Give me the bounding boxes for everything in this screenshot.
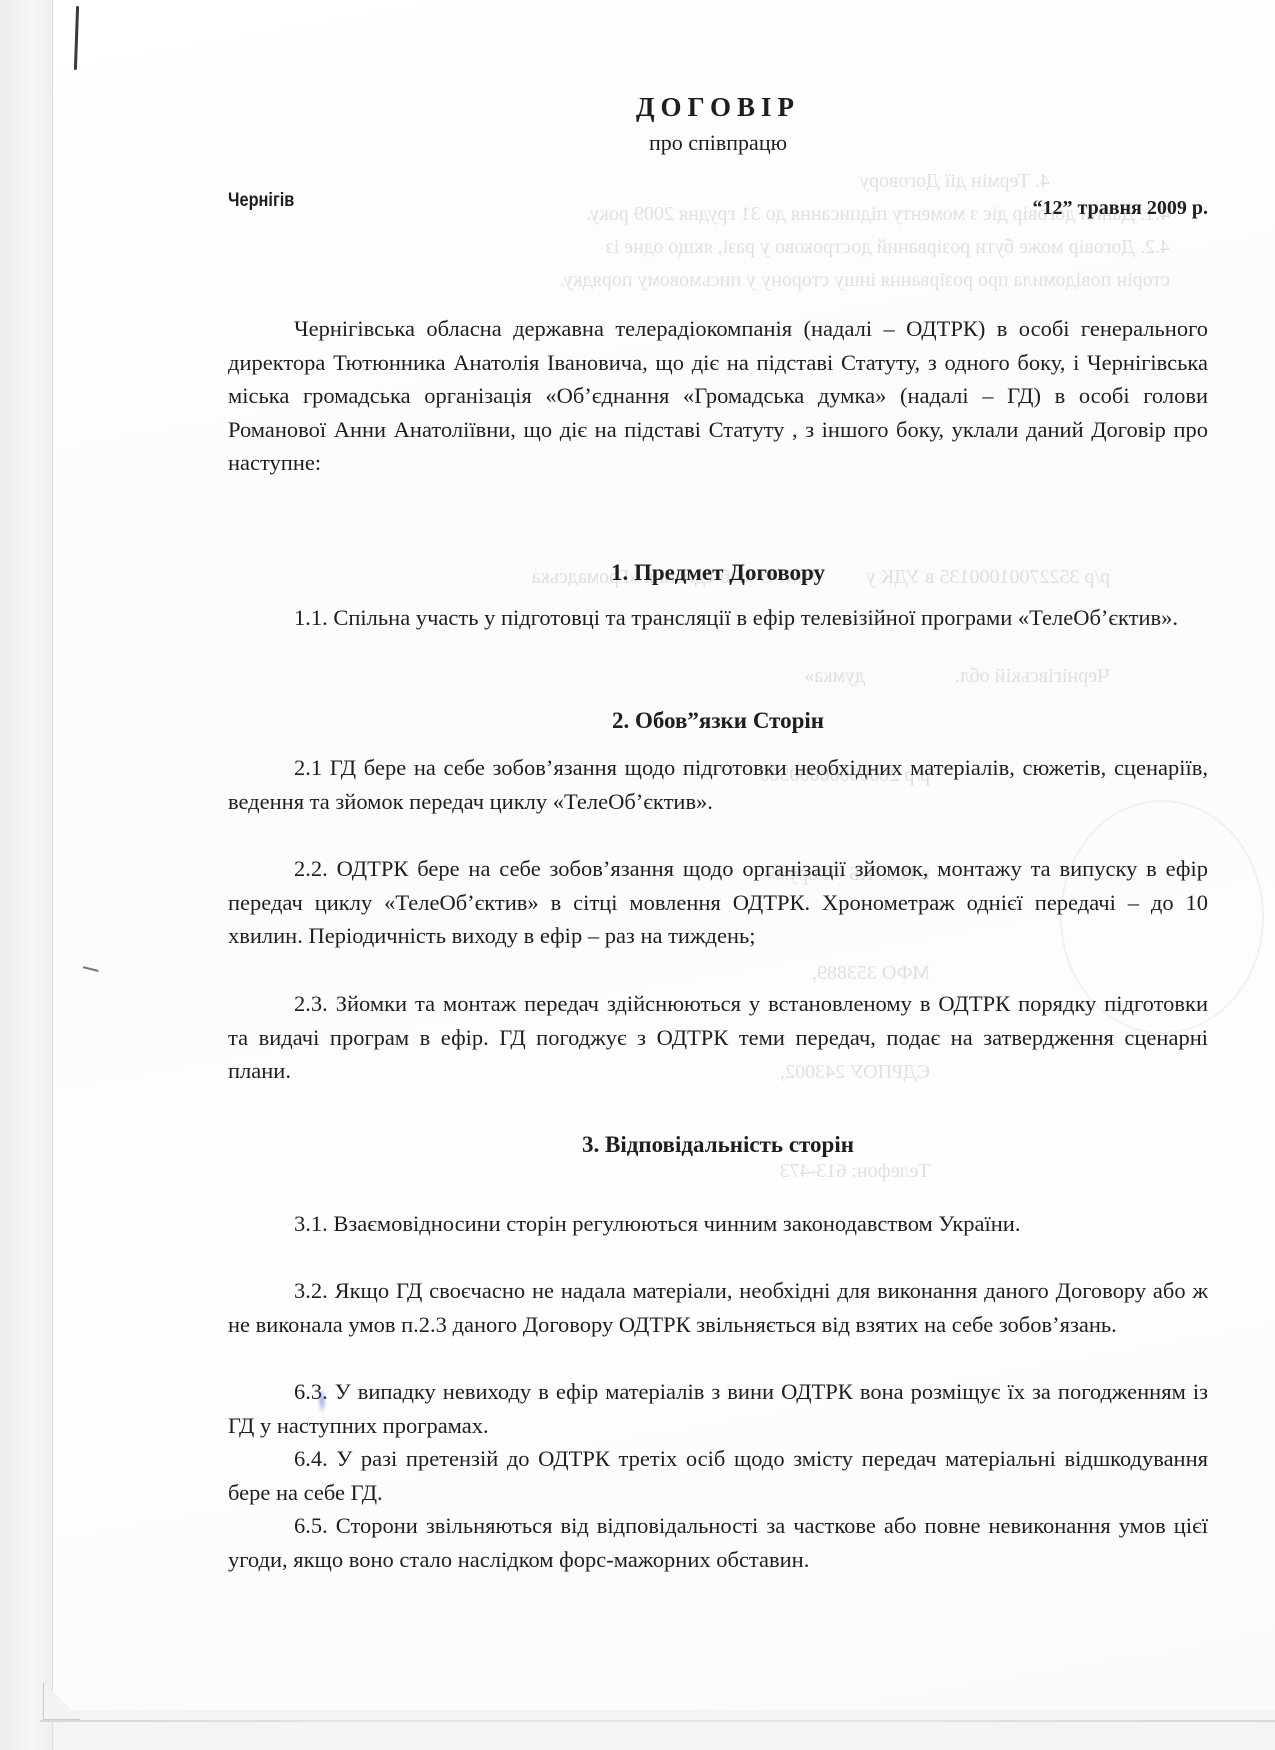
clause-1-1: 1.1. Спільна участь у підготовці та тран… — [228, 601, 1208, 635]
clause-text: 2.2. ОДТРК бере на себе зобов’язання щод… — [228, 856, 1208, 948]
clause-2-1: 2.1 ГД бере на себе зобов’язання щодо пі… — [228, 751, 1208, 818]
section-heading-obligations: 2. Обов”язки Сторін — [228, 708, 1208, 734]
clause-text: 2.3. Зйомки та монтаж передач здійснюють… — [228, 991, 1208, 1083]
clause-text: 2.1 ГД бере на себе зобов’язання щодо пі… — [228, 755, 1208, 814]
clause-6-4: 6.4. У разі претензій до ОДТРК третіх ос… — [228, 1442, 1208, 1509]
section-heading-subject: 1. Предмет Договору — [228, 560, 1208, 586]
folded-corner — [43, 1683, 80, 1720]
contract-place: Чернігів — [228, 190, 294, 212]
clause-2-3: 2.3. Зйомки та монтаж передач здійснюють… — [228, 987, 1208, 1088]
clause-text: 6.5. Сторони звільняються від відповідал… — [228, 1513, 1208, 1572]
document-title: ДОГОВІР — [228, 92, 1208, 123]
clause-6-3: 6.3. У випадку невиходу в ефір матеріалі… — [228, 1375, 1208, 1442]
clause-text: 1.1. Спільна участь у підготовці та тран… — [294, 605, 1178, 630]
clause-text: 6.3. У випадку невиходу в ефір матеріалі… — [228, 1379, 1208, 1438]
ink-blot — [317, 1388, 327, 1414]
page-bottom-edge — [40, 1720, 1275, 1722]
clause-6-5: 6.5. Сторони звільняються від відповідал… — [228, 1509, 1208, 1576]
clause-3-1: 3.1. Взаємовідносини сторін регулюються … — [228, 1207, 1208, 1241]
contract-date: “12” травня 2009 р. — [1033, 197, 1208, 220]
clause-text: 3.2. Якщо ГД своєчасно не надала матеріа… — [228, 1278, 1208, 1337]
clause-2-2: 2.2. ОДТРК бере на себе зобов’язання щод… — [228, 852, 1208, 953]
preamble-text: Чернігівська обласна державна телерадіок… — [228, 316, 1208, 475]
clause-text: 3.1. Взаємовідносини сторін регулюються … — [294, 1211, 1020, 1236]
document-subtitle: про співпрацю — [228, 130, 1208, 156]
scanner-edge — [0, 0, 53, 1750]
clause-text: 6.4. У разі претензій до ОДТРК третіх ос… — [228, 1446, 1208, 1505]
clause-3-2: 3.2. Якщо ГД своєчасно не надала матеріа… — [228, 1274, 1208, 1341]
section-heading-responsibility: 3. Відповідальність сторін — [228, 1132, 1208, 1158]
preamble: Чернігівська обласна державна телерадіок… — [228, 312, 1208, 480]
